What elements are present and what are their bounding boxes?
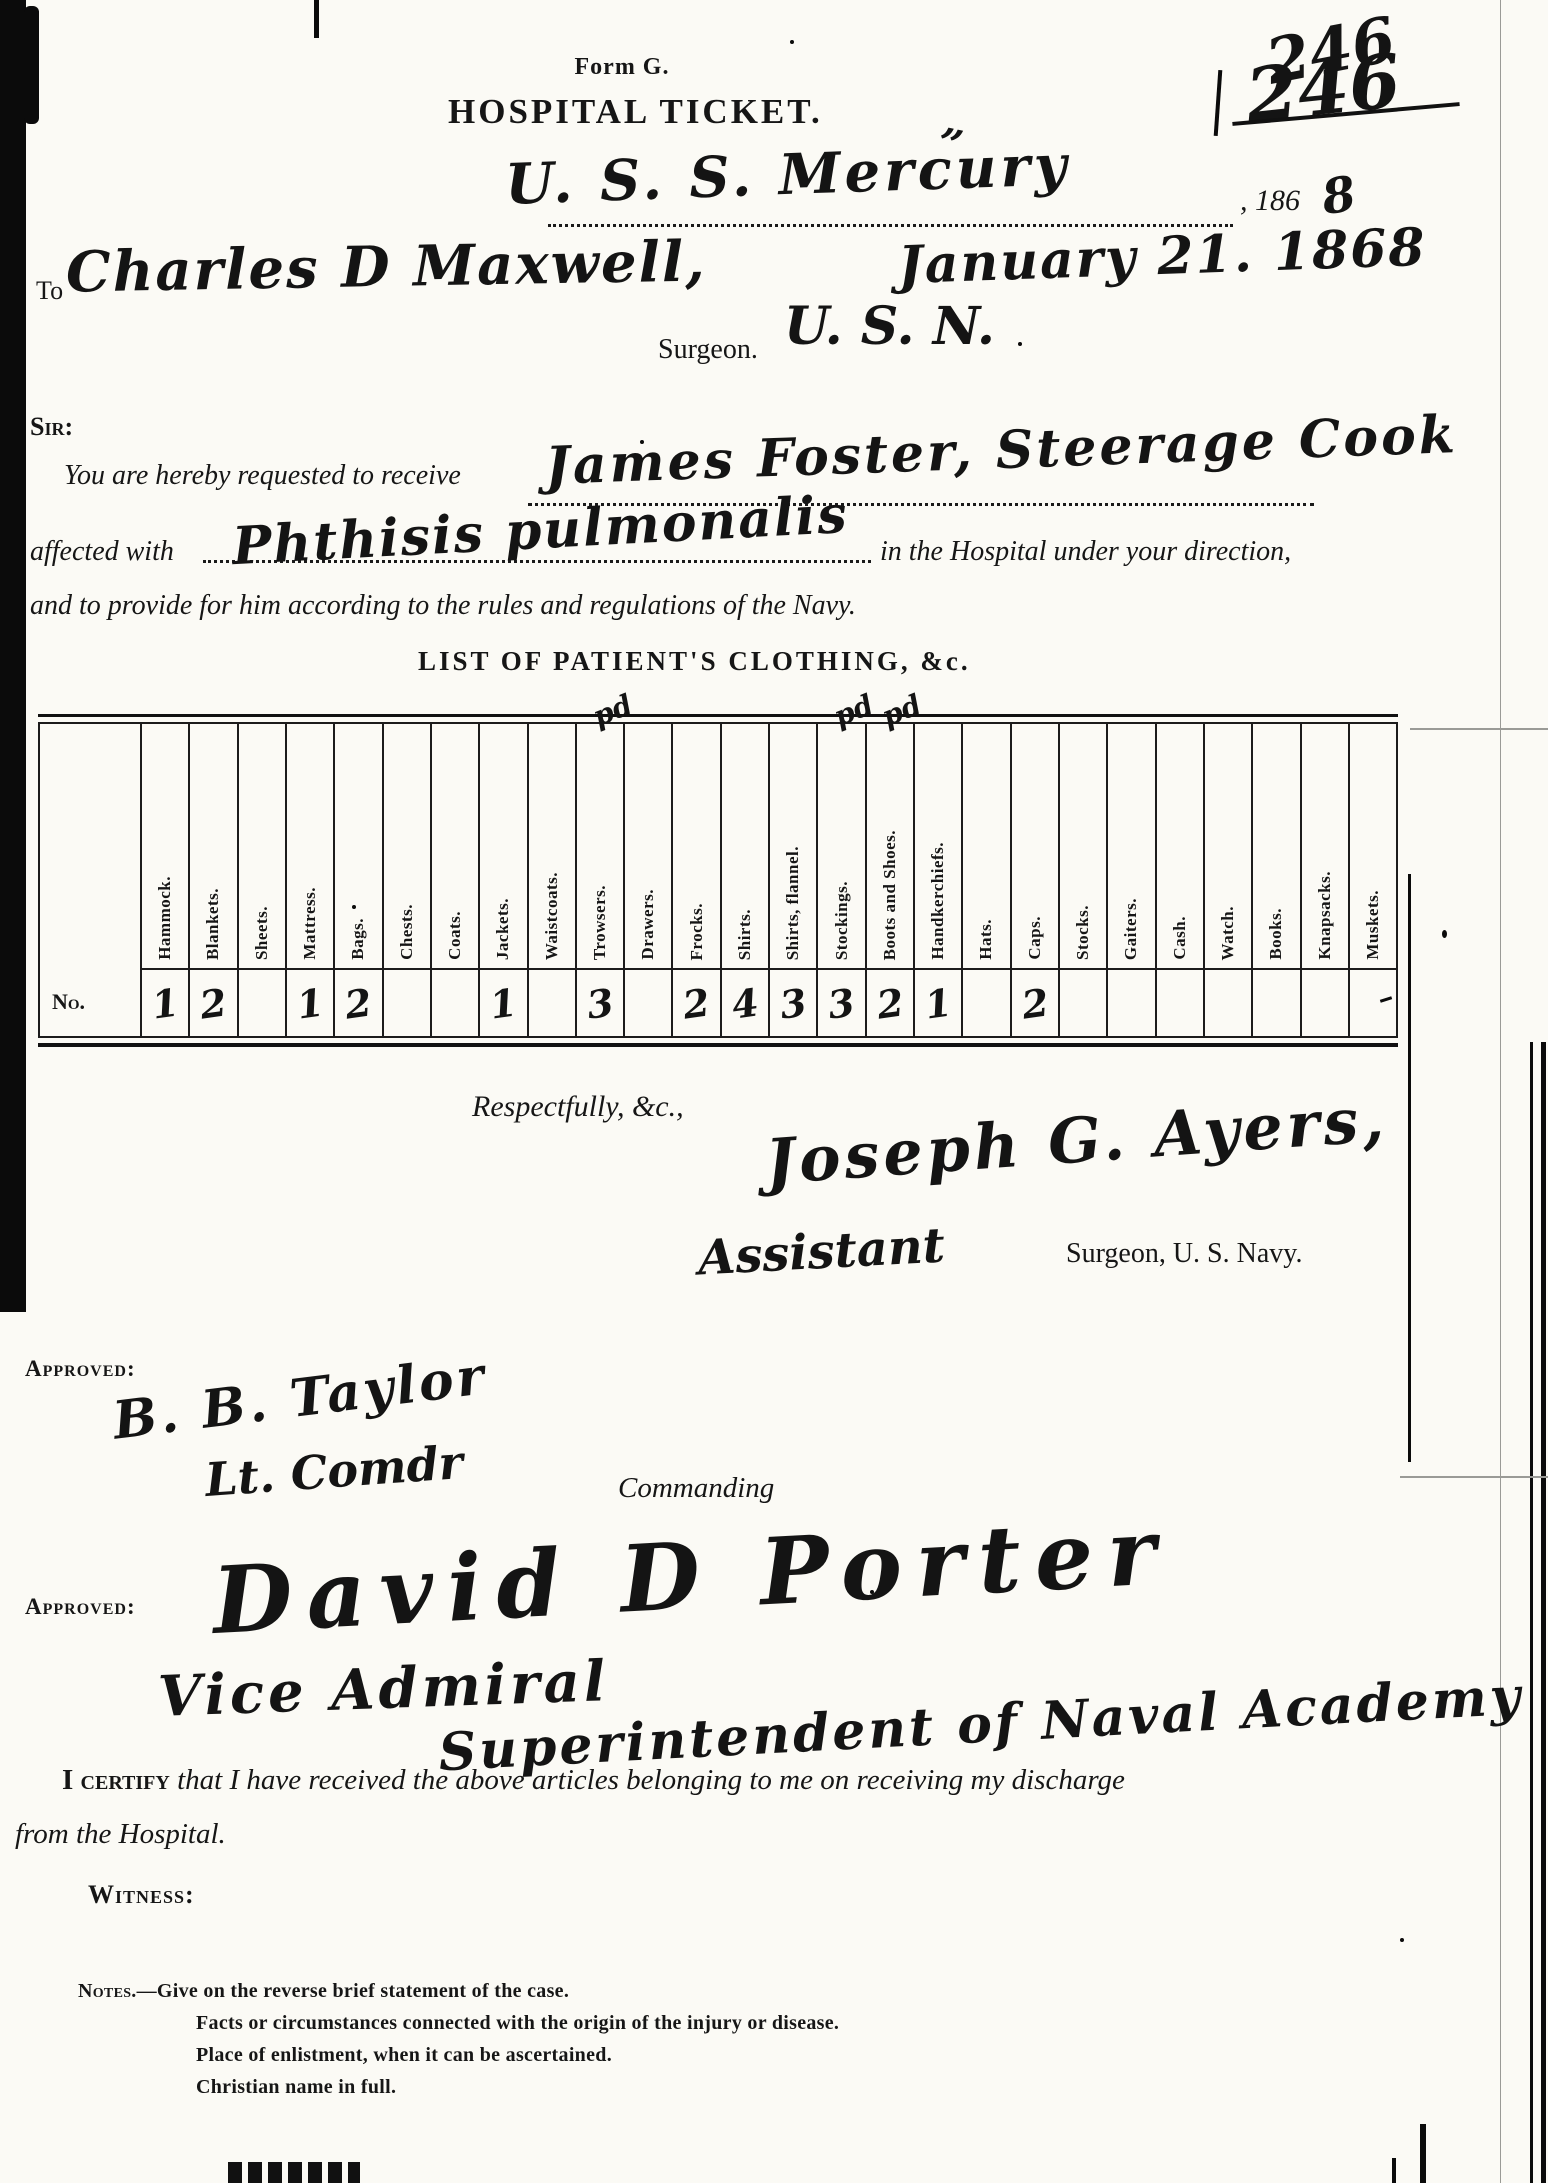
clothing-table: No. Hammock.1Blankets.2Sheets.Mattress.1…	[38, 714, 1398, 1047]
clothing-column-mattress: Mattress.1	[285, 724, 333, 1036]
clothing-column-value	[1060, 970, 1106, 1036]
clothing-column-trowsers: Trowsers.pd3	[575, 724, 623, 1036]
clothing-column-header: Stocks.	[1060, 724, 1106, 970]
clothing-table-row-label-column: No.	[40, 724, 140, 1036]
clothing-column-header: Stockings.pd	[818, 724, 864, 970]
clothing-column-header: Mattress.	[287, 724, 333, 970]
scan-artifact-line	[1408, 874, 1411, 1462]
clothing-column-label: Waistcoats.	[542, 872, 562, 960]
scan-artifact-line	[1541, 1042, 1546, 2183]
scan-artifact-line	[1392, 2158, 1396, 2183]
handwritten-quantity: 2	[874, 979, 906, 1027]
scan-artifact-tick	[314, 0, 319, 38]
affected-with-label: affected with	[30, 536, 174, 568]
clothing-column-label: Sheets.	[252, 906, 272, 960]
handwritten-quantity: 1	[294, 979, 326, 1027]
clothing-table-columns: No. Hammock.1Blankets.2Sheets.Mattress.1…	[38, 722, 1398, 1038]
clothing-column-stockings: Stockings.pd3	[816, 724, 864, 1036]
clothing-column-value: 2	[673, 970, 719, 1036]
notes-line-3: Place of enlistment, when it can be asce…	[196, 2044, 612, 2067]
clothing-column-label: Knapsacks.	[1315, 871, 1335, 960]
scan-speck	[790, 40, 794, 44]
page-title: HOSPITAL TICKET.	[448, 92, 823, 132]
patient-name-handwritten: James Foster, Steerage Cook	[544, 404, 1458, 497]
clothing-column-shirts: Shirts.4	[720, 724, 768, 1036]
notes-text-1: Give on the reverse brief statement of t…	[157, 1980, 569, 2002]
row-label-no: No.	[40, 968, 140, 1036]
clothing-column-value	[384, 970, 430, 1036]
clothing-column-value	[963, 970, 1009, 1036]
clothing-column-value: 4	[722, 970, 768, 1036]
clothing-column-header: Trowsers.pd	[577, 724, 623, 970]
scan-artifact-tick	[1214, 70, 1223, 136]
hospital-ticket-page: Form G. HOSPITAL TICKET. 246 246 U. S. S…	[0, 0, 1548, 2183]
clothing-column-value	[1108, 970, 1154, 1036]
clothing-column-value: 3	[818, 970, 864, 1036]
clothing-column-header: Jackets.	[480, 724, 526, 970]
clothing-column-gaiters: Gaiters.	[1106, 724, 1154, 1036]
clothing-column-header: Muskets.	[1350, 724, 1396, 970]
clothing-column-caps: Caps.2	[1010, 724, 1058, 1036]
clothing-column-chests: Chests.	[382, 724, 430, 1036]
date-handwritten: January 21. 1868	[897, 217, 1427, 296]
sir-label: Sir:	[30, 412, 73, 442]
surgeon-signature: Joseph G. Ayers,	[763, 1082, 1390, 1198]
request-line-1: You are hereby requested to receive	[64, 460, 461, 492]
clothing-column-label: Hats.	[976, 919, 996, 960]
clothing-column-label: Hammock.	[155, 876, 175, 960]
clothing-column-value: 1	[480, 970, 526, 1036]
clothing-column-label: Caps.	[1025, 916, 1045, 960]
handwritten-quantity: 3	[777, 979, 809, 1027]
clothing-column-drawers: Drawers.	[623, 724, 671, 1036]
clothing-column-label: Handkerchiefs.	[928, 842, 948, 960]
diagnosis-handwritten: Phthisis pulmonalis	[231, 484, 850, 577]
clothing-column-value: 1	[915, 970, 961, 1036]
clothing-column-label: Chests.	[397, 904, 417, 960]
clothing-column-label: Muskets.	[1363, 890, 1383, 960]
surgeon-rank-handwritten: Assistant	[697, 1218, 946, 1287]
surgeon-rank-printed: Surgeon, U. S. Navy.	[1066, 1238, 1302, 1270]
notes-line-2: Facts or circumstances connected with th…	[196, 2012, 839, 2035]
certify-lead: I certify	[62, 1764, 170, 1796]
clothing-column-header: Sheets.	[239, 724, 285, 970]
clothing-column-label: Watch.	[1218, 906, 1238, 960]
clothing-column-label: Stockings.	[832, 881, 852, 960]
clothing-column-header: Drawers.	[625, 724, 671, 970]
clothing-column-muskets: Muskets.	[1348, 724, 1396, 1036]
clothing-column-label: Drawers.	[638, 889, 658, 960]
request-line-3: and to provide for him according to the …	[30, 590, 856, 622]
request-line-2-end: in the Hospital under your direction,	[880, 536, 1291, 568]
clothing-column-value	[1157, 970, 1203, 1036]
commanding-label: Commanding	[618, 1472, 774, 1505]
surgeon-suffix-handwritten: U. S. N.	[784, 296, 995, 357]
scan-speck	[1442, 930, 1447, 938]
clothing-column-jackets: Jackets.1	[478, 724, 526, 1036]
clothing-column-boots-and-shoes: Boots and Shoes.pd2	[865, 724, 913, 1036]
clothing-column-header: Bags.	[335, 724, 381, 970]
clothing-column-handkerchiefs: Handkerchiefs.1	[913, 724, 961, 1036]
scan-artifact-crease	[1400, 1476, 1548, 1478]
clothing-column-label: Books.	[1266, 908, 1286, 960]
scan-speck	[1400, 1938, 1404, 1942]
clothing-column-value	[529, 970, 575, 1036]
handwritten-quantity: 3	[825, 979, 857, 1027]
scan-artifact-line	[1420, 2124, 1426, 2183]
clothing-column-waistcoats: Waistcoats.	[527, 724, 575, 1036]
ship-name-handwritten: U. S. S. Mercury	[504, 132, 1072, 218]
clothing-column-blankets: Blankets.2	[188, 724, 236, 1036]
notes-line-1: Notes.—Give on the reverse brief stateme…	[78, 1980, 569, 2003]
clothing-column-watch: Watch.	[1203, 724, 1251, 1036]
clothing-column-stocks: Stocks.	[1058, 724, 1106, 1036]
ticket-number: 246	[1242, 38, 1405, 140]
handwritten-quantity: 2	[197, 979, 229, 1027]
surgeon-label: Surgeon.	[658, 334, 758, 366]
clothing-column-header: Books.	[1253, 724, 1299, 970]
clothing-column-header: Chests.	[384, 724, 430, 970]
clothing-column-header: Handkerchiefs.	[915, 724, 961, 970]
clothing-column-label: Gaiters.	[1121, 898, 1141, 960]
clothing-column-header: Coats.	[432, 724, 478, 970]
year-printed: , 186	[1240, 184, 1300, 218]
clothing-column-books: Books.	[1251, 724, 1299, 1036]
clothing-column-coats: Coats.	[430, 724, 478, 1036]
clothing-column-value	[432, 970, 478, 1036]
addressee-handwritten: Charles D Maxwell,	[65, 228, 707, 305]
clothing-column-header: Shirts, flannel.	[770, 724, 816, 970]
clothing-column-header: Watch.	[1205, 724, 1251, 970]
clothing-column-label: Trowsers.	[590, 885, 610, 960]
handwritten-quantity: 1	[149, 979, 181, 1027]
scan-artifact-line	[1530, 1042, 1533, 2183]
clothing-column-header: Caps.	[1012, 724, 1058, 970]
clothing-column-header: Frocks.	[673, 724, 719, 970]
clothing-column-header: Cash.	[1157, 724, 1203, 970]
clothing-column-header: Gaiters.	[1108, 724, 1154, 970]
clothing-column-label: Coats.	[445, 911, 465, 960]
form-label: Form G.	[552, 54, 692, 81]
notes-heading: Notes.—	[78, 1980, 157, 2002]
clothing-column-label: Shirts.	[735, 909, 755, 960]
clothing-column-bags: Bags.2	[333, 724, 381, 1036]
scan-artifact-left-bar	[0, 0, 26, 1312]
clothing-column-label: Blankets.	[203, 888, 223, 960]
approved-label-2: Approved:	[25, 1594, 136, 1620]
approved-label-1: Approved:	[25, 1356, 136, 1382]
clothing-column-label: Jackets.	[493, 898, 513, 960]
notes-line-4: Christian name in full.	[196, 2076, 396, 2099]
clothing-column-header: Hats.	[963, 724, 1009, 970]
clothing-column-label: Mattress.	[300, 887, 320, 960]
clothing-column-value	[1253, 970, 1299, 1036]
clothing-column-header: Boots and Shoes.pd	[867, 724, 913, 970]
scan-artifact-fold	[1500, 0, 1501, 2183]
clothing-column-value	[239, 970, 285, 1036]
handwritten-quantity: 3	[584, 979, 616, 1027]
commander-signature: B. B. Taylor	[110, 1345, 490, 1451]
respectfully-label: Respectfully, &c.,	[472, 1090, 684, 1124]
handwritten-quantity: 2	[1019, 979, 1051, 1027]
clothing-column-label: Shirts, flannel.	[783, 846, 803, 960]
clothing-column-value: 2	[867, 970, 913, 1036]
handwritten-quantity: 2	[680, 979, 712, 1027]
commander-rank-handwritten: Lt. Comdr	[203, 1435, 464, 1507]
clothing-list-title: LIST OF PATIENT'S CLOTHING, &c.	[418, 646, 971, 677]
clothing-column-header: Hammock.	[142, 724, 188, 970]
clothing-column-knapsacks: Knapsacks.	[1300, 724, 1348, 1036]
clothing-column-header: Knapsacks.	[1302, 724, 1348, 970]
clothing-column-shirts-flannel: Shirts, flannel.3	[768, 724, 816, 1036]
clothing-column-value	[1302, 970, 1348, 1036]
handwritten-quantity: 2	[342, 979, 374, 1027]
clothing-column-value: 3	[577, 970, 623, 1036]
handwritten-quantity: 4	[729, 979, 761, 1027]
clothing-column-value	[1350, 970, 1396, 1036]
to-label: To	[36, 276, 63, 306]
clothing-column-header: Shirts.	[722, 724, 768, 970]
clothing-column-value: 1	[142, 970, 188, 1036]
clothing-column-value: 2	[190, 970, 236, 1036]
clothing-column-cash: Cash.	[1155, 724, 1203, 1036]
clothing-column-frocks: Frocks.2	[671, 724, 719, 1036]
clothing-column-value: 1	[287, 970, 333, 1036]
clothing-column-value: 2	[335, 970, 381, 1036]
clothing-column-hammock: Hammock.1	[140, 724, 188, 1036]
clothing-column-sheets: Sheets.	[237, 724, 285, 1036]
clothing-table-empty-corner	[40, 724, 140, 968]
clothing-column-label: Bags.	[348, 918, 368, 960]
witness-label: Witness:	[88, 1880, 195, 1910]
handwritten-quantity: 1	[922, 979, 954, 1027]
scan-speck	[1018, 342, 1022, 346]
scan-artifact-crease	[1410, 728, 1548, 730]
clothing-column-label: Boots and Shoes.	[880, 830, 900, 960]
clothing-column-value: 2	[1012, 970, 1058, 1036]
clothing-column-header: Blankets.	[190, 724, 236, 970]
clothing-column-header: Waistcoats.	[529, 724, 575, 970]
clothing-column-value: 3	[770, 970, 816, 1036]
clothing-column-hats: Hats.	[961, 724, 1009, 1036]
year-digit-handwritten: 8	[1318, 166, 1360, 227]
scan-artifact-blob	[24, 6, 39, 124]
certify-line-2: from the Hospital.	[15, 1818, 226, 1851]
clothing-column-label: Frocks.	[687, 903, 707, 961]
admiral-signature: David D Porter	[210, 1497, 1172, 1655]
clothing-column-label: Cash.	[1170, 916, 1190, 960]
clothing-column-value	[1205, 970, 1251, 1036]
handwritten-quantity: 1	[487, 979, 519, 1027]
scan-artifact-cut-text	[228, 2162, 360, 2183]
clothing-column-label: Stocks.	[1073, 905, 1093, 960]
clothing-column-value	[625, 970, 671, 1036]
